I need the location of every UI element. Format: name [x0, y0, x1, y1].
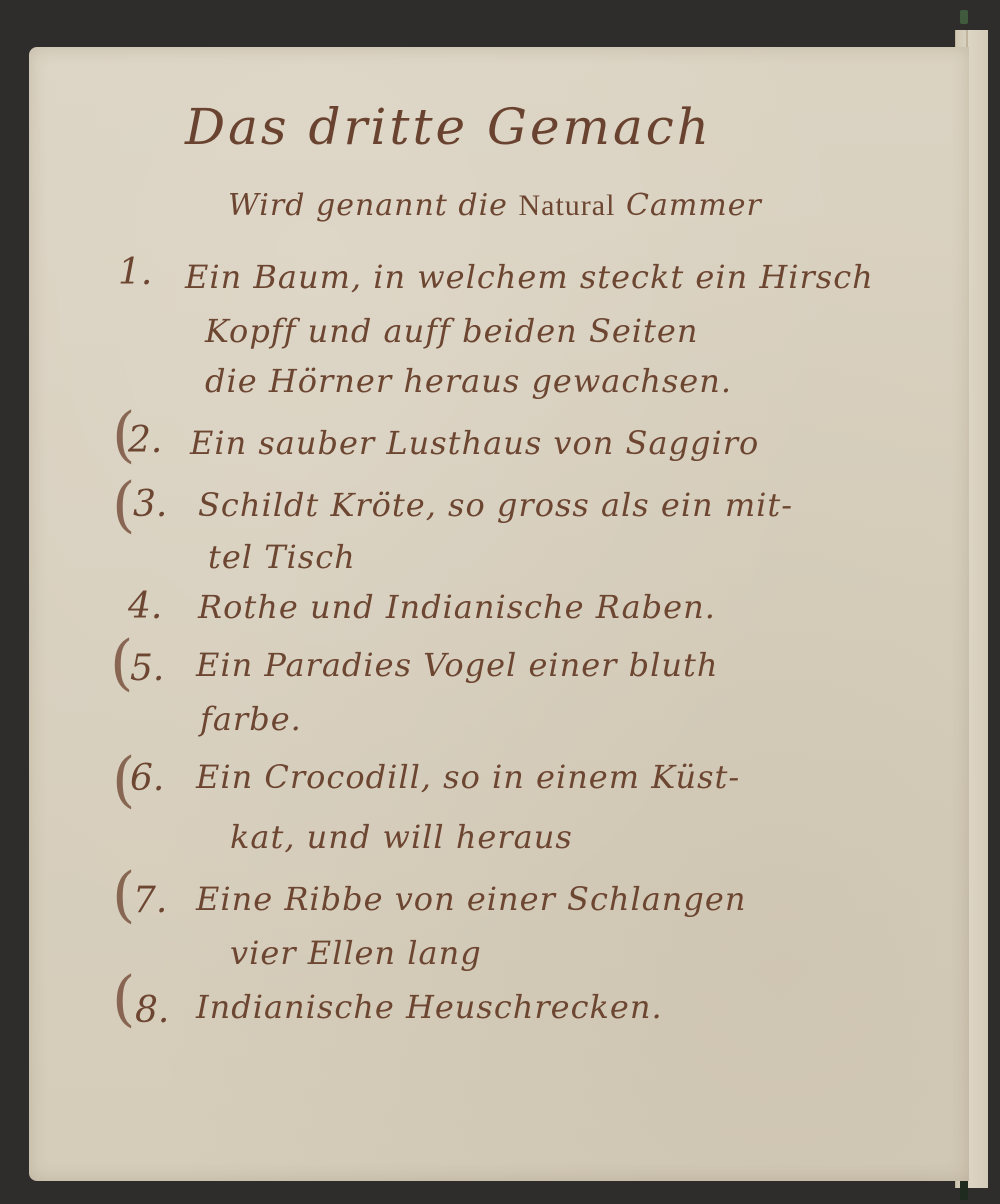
item-number: 6.: [130, 758, 164, 799]
item-line: tel Tisch: [208, 538, 356, 576]
item-line: vier Ellen lang: [230, 934, 482, 972]
item-line: Ein Paradies Vogel einer bluth: [196, 646, 718, 684]
item-line: kat, und will heraus: [230, 818, 573, 856]
subtitle-suffix: Cammer: [615, 188, 761, 223]
item-line: Ein Baum, in welchem steckt ein Hirsch: [185, 258, 874, 296]
item-number: 2.: [128, 420, 162, 461]
subtitle-latin-word: Natural: [518, 189, 615, 222]
item-number: 4.: [128, 586, 162, 627]
subtitle-prefix: Wird genannt die: [228, 188, 518, 223]
bracket-flourish: (: [112, 964, 135, 1034]
item-line: Ein Crocodill, so in einem Küst-: [196, 758, 740, 796]
item-line: farbe.: [200, 700, 302, 738]
item-number: 8.: [135, 990, 169, 1031]
item-line: Ein sauber Lusthaus von Saggiro: [190, 424, 759, 462]
bracket-flourish: (: [112, 860, 135, 930]
binding-thread-top: [960, 10, 968, 24]
item-line: Schildt Kröte, so gross als ein mit-: [198, 486, 793, 524]
item-line: Rothe und Indianische Raben.: [198, 588, 716, 626]
page-title: Das dritte Gemach: [185, 98, 712, 156]
item-line: Kopff und auff beiden Seiten: [205, 312, 698, 350]
item-line: die Hörner heraus gewachsen.: [205, 362, 732, 400]
manuscript-scan: Das dritte Gemach Wird genannt die Natur…: [0, 0, 1000, 1204]
item-number: 3.: [133, 484, 167, 525]
item-line: Indianische Heuschrecken.: [196, 988, 663, 1026]
bracket-flourish: (: [112, 470, 135, 540]
page-subtitle: Wird genannt die Natural Cammer: [228, 188, 762, 223]
item-number: 5.: [130, 648, 164, 689]
item-number: 1.: [118, 252, 152, 293]
item-line: Eine Ribbe von einer Schlangen: [196, 880, 746, 918]
item-number: 7.: [133, 880, 167, 921]
